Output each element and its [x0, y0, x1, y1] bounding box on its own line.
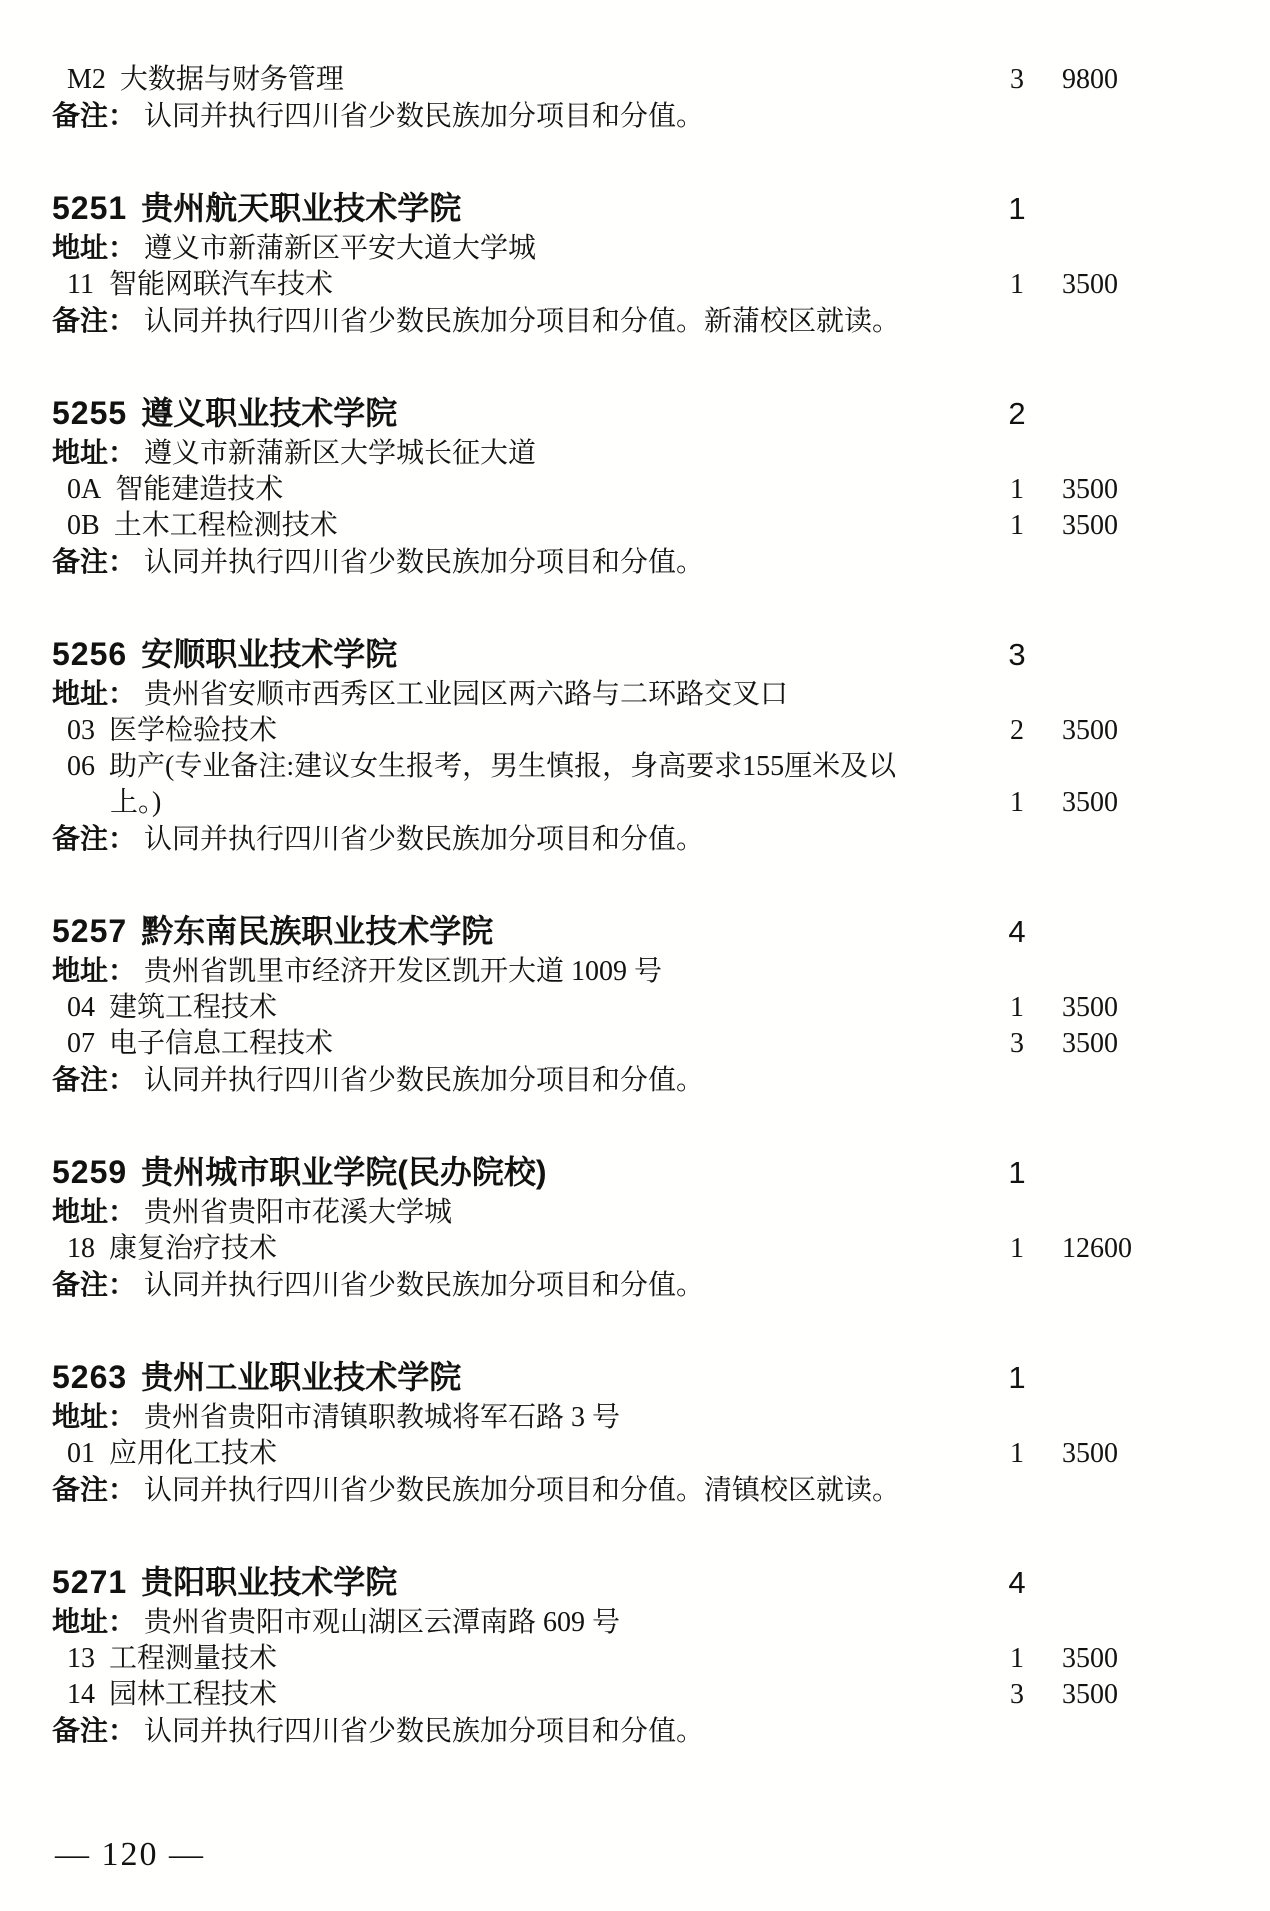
- major-name: 建筑工程技术: [109, 992, 277, 1023]
- college-header: 5263贵州工业职业技术学院1: [52, 1356, 1270, 1399]
- major-row-text: 07电子信息工程技术: [52, 1026, 995, 1062]
- major-row: 01应用化工技术13500: [52, 1436, 1270, 1472]
- major-row: 13工程测量技术13500: [52, 1641, 1270, 1677]
- major-tuition: 3500: [1062, 990, 1270, 1026]
- remark-text-wrap: 备注：认同并执行四川省少数民族加分项目和分值。清镇校区就读。: [52, 1472, 995, 1509]
- college-total-plan: 4: [995, 1562, 1039, 1604]
- college-total-plan: 1: [995, 188, 1039, 230]
- college-name: 遵义职业技术学院: [141, 395, 397, 431]
- major-plan-count: 3: [995, 1026, 1039, 1062]
- major-row-text: 04建筑工程技术: [52, 990, 995, 1026]
- college-header: 5256安顺职业技术学院3: [52, 633, 1270, 676]
- major-code: 14: [67, 1677, 95, 1713]
- address-text: 贵州省凯里市经济开发区凯开大道 1009 号: [144, 956, 662, 987]
- address-label: 地址：: [52, 437, 136, 468]
- major-code: 01: [67, 1436, 95, 1472]
- major-name-line-2: 上。): [67, 785, 995, 821]
- major-row-line-1: 06助产(专业备注:建议女生报考，男生慎报，身高要求155厘米及以: [67, 749, 995, 785]
- remark-label: 备注：: [52, 546, 136, 577]
- college-header-text: 5263贵州工业职业技术学院: [52, 1356, 995, 1398]
- remark-text: 认同并执行四川省少数民族加分项目和分值。: [144, 1270, 704, 1301]
- college-block: 5256安顺职业技术学院3地址：贵州省安顺市西秀区工业园区两六路与二环路交叉口0…: [52, 633, 1270, 858]
- college-header-text: 5251贵州航天职业技术学院: [52, 187, 995, 229]
- college-header: 5251贵州航天职业技术学院1: [52, 187, 1270, 230]
- major-tuition: 3500: [1062, 472, 1270, 508]
- remark-text: 认同并执行四川省少数民族加分项目和分值。: [144, 824, 704, 855]
- major-tuition: 9800: [1062, 62, 1270, 98]
- remark-text-wrap: 备注：认同并执行四川省少数民族加分项目和分值。: [52, 98, 995, 135]
- major-code: 0B: [67, 508, 100, 544]
- remark-text-wrap: 备注：认同并执行四川省少数民族加分项目和分值。: [52, 821, 995, 858]
- major-name: 园林工程技术: [109, 1679, 277, 1710]
- address-text-wrap: 地址：贵州省贵阳市清镇职教城将军石路 3 号: [52, 1399, 995, 1436]
- college-block: 5255遵义职业技术学院2地址：遵义市新蒲新区大学城长征大道0A智能建造技术13…: [52, 392, 1270, 581]
- college-code: 5255: [52, 395, 127, 431]
- page-number: — 120 —: [55, 1836, 205, 1874]
- college-header-text: 5255遵义职业技术学院: [52, 392, 995, 434]
- remark-label: 备注：: [52, 1269, 136, 1300]
- address-label: 地址：: [52, 1606, 136, 1637]
- major-plan-count: 1: [995, 267, 1039, 303]
- address-label: 地址：: [52, 955, 136, 986]
- address-text-row: 地址：贵州省贵阳市花溪大学城: [52, 1194, 1270, 1231]
- college-name: 贵州工业职业技术学院: [141, 1359, 461, 1395]
- college-header: 5257黔东南民族职业技术学院4: [52, 910, 1270, 953]
- remark-label: 备注：: [52, 1715, 136, 1746]
- major-plan-count: 2: [995, 713, 1039, 749]
- college-code: 5263: [52, 1359, 127, 1395]
- major-code: 04: [67, 990, 95, 1026]
- address-text-wrap: 地址：贵州省贵阳市观山湖区云潭南路 609 号: [52, 1604, 995, 1641]
- remark-label: 备注：: [52, 305, 136, 336]
- major-code: 0A: [67, 472, 101, 508]
- major-plan-count: 3: [995, 62, 1039, 98]
- admission-list: M2大数据与财务管理39800备注：认同并执行四川省少数民族加分项目和分值。52…: [52, 62, 1270, 1750]
- college-code: 5259: [52, 1154, 127, 1190]
- college-header-text: 5271贵阳职业技术学院: [52, 1561, 995, 1603]
- major-plan-count: 1: [995, 1231, 1039, 1267]
- college-total-plan: 2: [995, 393, 1039, 435]
- major-name: 康复治疗技术: [109, 1233, 277, 1264]
- major-name: 智能网联汽车技术: [109, 269, 333, 300]
- college-total-plan: 4: [995, 911, 1039, 953]
- remark-text-wrap: 备注：认同并执行四川省少数民族加分项目和分值。: [52, 1713, 995, 1750]
- college-name: 贵州航天职业技术学院: [141, 190, 461, 226]
- major-name: 土木工程检测技术: [114, 510, 338, 541]
- major-name: 电子信息工程技术: [109, 1028, 333, 1059]
- address-text: 遵义市新蒲新区平安大道大学城: [144, 233, 536, 264]
- continued-college-block: M2大数据与财务管理39800备注：认同并执行四川省少数民族加分项目和分值。: [52, 62, 1270, 135]
- major-code: 13: [67, 1641, 95, 1677]
- major-plan-count: 1: [995, 508, 1039, 544]
- major-plan-count: 1: [995, 472, 1039, 508]
- address-text: 贵州省安顺市西秀区工业园区两六路与二环路交叉口: [144, 679, 788, 710]
- major-tuition: 3500: [1062, 267, 1270, 303]
- major-tuition: 3500: [1062, 1026, 1270, 1062]
- college-code: 5257: [52, 913, 127, 949]
- address-text-row: 地址：遵义市新蒲新区大学城长征大道: [52, 435, 1270, 472]
- remark-label: 备注：: [52, 100, 136, 131]
- major-plan-count: 1: [995, 1641, 1039, 1677]
- college-total-plan: 1: [995, 1152, 1039, 1194]
- major-tuition: 3500: [1062, 1677, 1270, 1713]
- remark-text: 认同并执行四川省少数民族加分项目和分值。: [144, 547, 704, 578]
- major-row-text: 0B土木工程检测技术: [52, 508, 995, 544]
- address-text: 贵州省贵阳市花溪大学城: [144, 1197, 452, 1228]
- college-name: 黔东南民族职业技术学院: [141, 913, 493, 949]
- remark-text-row: 备注：认同并执行四川省少数民族加分项目和分值。新蒲校区就读。: [52, 303, 1270, 340]
- address-label: 地址：: [52, 1401, 136, 1432]
- major-code: 18: [67, 1231, 95, 1267]
- remark-label: 备注：: [52, 823, 136, 854]
- major-row: 18康复治疗技术112600: [52, 1231, 1270, 1267]
- address-text: 遵义市新蒲新区大学城长征大道: [144, 438, 536, 469]
- college-block: 5271贵阳职业技术学院4地址：贵州省贵阳市观山湖区云潭南路 609 号13工程…: [52, 1561, 1270, 1750]
- major-tuition: 3500: [1062, 713, 1270, 749]
- remark-text: 认同并执行四川省少数民族加分项目和分值。: [144, 1065, 704, 1096]
- address-text-wrap: 地址：贵州省安顺市西秀区工业园区两六路与二环路交叉口: [52, 676, 995, 713]
- remark-text-row: 备注：认同并执行四川省少数民族加分项目和分值。: [52, 1267, 1270, 1304]
- remark-text-row: 备注：认同并执行四川省少数民族加分项目和分值。: [52, 544, 1270, 581]
- college-block: 5259贵州城市职业学院(民办院校)1地址：贵州省贵阳市花溪大学城18康复治疗技…: [52, 1151, 1270, 1304]
- remark-text-wrap: 备注：认同并执行四川省少数民族加分项目和分值。: [52, 1062, 995, 1099]
- major-row: 14园林工程技术33500: [52, 1677, 1270, 1713]
- major-name: 助产(专业备注:建议女生报考，男生慎报，身高要求155厘米及以: [109, 751, 896, 782]
- major-name: 大数据与财务管理: [120, 64, 344, 95]
- college-name: 贵阳职业技术学院: [141, 1564, 397, 1600]
- remark-text-row: 备注：认同并执行四川省少数民族加分项目和分值。: [52, 821, 1270, 858]
- college-header-text: 5259贵州城市职业学院(民办院校): [52, 1151, 995, 1193]
- address-text-row: 地址：贵州省安顺市西秀区工业园区两六路与二环路交叉口: [52, 676, 1270, 713]
- major-plan-count: 1: [995, 1436, 1039, 1472]
- major-row-text: 01应用化工技术: [52, 1436, 995, 1472]
- address-text-wrap: 地址：贵州省贵阳市花溪大学城: [52, 1194, 995, 1231]
- address-text: 贵州省贵阳市观山湖区云潭南路 609 号: [144, 1607, 620, 1638]
- major-row: M2大数据与财务管理39800: [52, 62, 1270, 98]
- major-row-text: 03医学检验技术: [52, 713, 995, 749]
- address-text-wrap: 地址：遵义市新蒲新区平安大道大学城: [52, 230, 995, 267]
- address-label: 地址：: [52, 232, 136, 263]
- remark-text-row: 备注：认同并执行四川省少数民族加分项目和分值。: [52, 98, 1270, 135]
- major-tuition: 3500: [1062, 508, 1270, 544]
- address-text-row: 地址：贵州省贵阳市观山湖区云潭南路 609 号: [52, 1604, 1270, 1641]
- major-row: 06助产(专业备注:建议女生报考，男生慎报，身高要求155厘米及以上。)1350…: [52, 749, 1270, 821]
- remark-text: 认同并执行四川省少数民族加分项目和分值。清镇校区就读。: [144, 1475, 900, 1506]
- college-name: 贵州城市职业学院(民办院校): [141, 1154, 546, 1190]
- major-row: 0B土木工程检测技术13500: [52, 508, 1270, 544]
- college-code: 5271: [52, 1564, 127, 1600]
- remark-text-row: 备注：认同并执行四川省少数民族加分项目和分值。: [52, 1713, 1270, 1750]
- college-header: 5255遵义职业技术学院2: [52, 392, 1270, 435]
- college-total-plan: 3: [995, 634, 1039, 676]
- major-row-text: 13工程测量技术: [52, 1641, 995, 1677]
- college-header: 5271贵阳职业技术学院4: [52, 1561, 1270, 1604]
- college-block: 5263贵州工业职业技术学院1地址：贵州省贵阳市清镇职教城将军石路 3 号01应…: [52, 1356, 1270, 1509]
- major-row-text: 11智能网联汽车技术: [52, 267, 995, 303]
- remark-text-wrap: 备注：认同并执行四川省少数民族加分项目和分值。新蒲校区就读。: [52, 303, 995, 340]
- remark-text-wrap: 备注：认同并执行四川省少数民族加分项目和分值。: [52, 1267, 995, 1304]
- college-header: 5259贵州城市职业学院(民办院校)1: [52, 1151, 1270, 1194]
- major-code: 03: [67, 713, 95, 749]
- remark-text-row: 备注：认同并执行四川省少数民族加分项目和分值。清镇校区就读。: [52, 1472, 1270, 1509]
- college-block: 5257黔东南民族职业技术学院4地址：贵州省凯里市经济开发区凯开大道 1009 …: [52, 910, 1270, 1099]
- major-plan-count: 3: [995, 1677, 1039, 1713]
- major-row-text: M2大数据与财务管理: [52, 62, 995, 98]
- address-text: 贵州省贵阳市清镇职教城将军石路 3 号: [144, 1402, 620, 1433]
- major-name: 智能建造技术: [115, 474, 283, 505]
- document-page: M2大数据与财务管理39800备注：认同并执行四川省少数民族加分项目和分值。52…: [0, 0, 1270, 1911]
- address-text-row: 地址：贵州省凯里市经济开发区凯开大道 1009 号: [52, 953, 1270, 990]
- major-name: 工程测量技术: [109, 1643, 277, 1674]
- remark-label: 备注：: [52, 1474, 136, 1505]
- college-code: 5256: [52, 636, 127, 672]
- major-row: 0A智能建造技术13500: [52, 472, 1270, 508]
- address-label: 地址：: [52, 678, 136, 709]
- college-header-text: 5257黔东南民族职业技术学院: [52, 910, 995, 952]
- address-label: 地址：: [52, 1196, 136, 1227]
- major-name: 医学检验技术: [109, 715, 277, 746]
- college-name: 安顺职业技术学院: [141, 636, 397, 672]
- major-tuition: 3500: [1062, 785, 1270, 821]
- remark-text: 认同并执行四川省少数民族加分项目和分值。新蒲校区就读。: [144, 306, 900, 337]
- major-plan-count: 1: [995, 785, 1039, 821]
- major-tuition: 3500: [1062, 1641, 1270, 1677]
- major-row: 07电子信息工程技术33500: [52, 1026, 1270, 1062]
- major-row-text: 06助产(专业备注:建议女生报考，男生慎报，身高要求155厘米及以上。): [52, 749, 995, 821]
- major-row: 03医学检验技术23500: [52, 713, 1270, 749]
- major-row-text: 14园林工程技术: [52, 1677, 995, 1713]
- address-text-wrap: 地址：遵义市新蒲新区大学城长征大道: [52, 435, 995, 472]
- major-row-text: 18康复治疗技术: [52, 1231, 995, 1267]
- college-block: 5251贵州航天职业技术学院1地址：遵义市新蒲新区平安大道大学城11智能网联汽车…: [52, 187, 1270, 340]
- college-header-text: 5256安顺职业技术学院: [52, 633, 995, 675]
- remark-text: 认同并执行四川省少数民族加分项目和分值。: [144, 101, 704, 132]
- major-row: 04建筑工程技术13500: [52, 990, 1270, 1026]
- major-code: 07: [67, 1026, 95, 1062]
- remark-text-row: 备注：认同并执行四川省少数民族加分项目和分值。: [52, 1062, 1270, 1099]
- college-total-plan: 1: [995, 1357, 1039, 1399]
- major-code: M2: [67, 62, 106, 98]
- college-code: 5251: [52, 190, 127, 226]
- major-code: 11: [67, 267, 95, 303]
- major-code: 06: [67, 749, 95, 785]
- major-tuition: 3500: [1062, 1436, 1270, 1472]
- major-row-text: 0A智能建造技术: [52, 472, 995, 508]
- major-row: 11智能网联汽车技术13500: [52, 267, 1270, 303]
- remark-text-wrap: 备注：认同并执行四川省少数民族加分项目和分值。: [52, 544, 995, 581]
- major-plan-count: 1: [995, 990, 1039, 1026]
- major-name: 应用化工技术: [109, 1438, 277, 1469]
- remark-text: 认同并执行四川省少数民族加分项目和分值。: [144, 1716, 704, 1747]
- address-text-row: 地址：贵州省贵阳市清镇职教城将军石路 3 号: [52, 1399, 1270, 1436]
- address-text-row: 地址：遵义市新蒲新区平安大道大学城: [52, 230, 1270, 267]
- remark-label: 备注：: [52, 1064, 136, 1095]
- address-text-wrap: 地址：贵州省凯里市经济开发区凯开大道 1009 号: [52, 953, 995, 990]
- major-tuition: 12600: [1062, 1231, 1270, 1267]
